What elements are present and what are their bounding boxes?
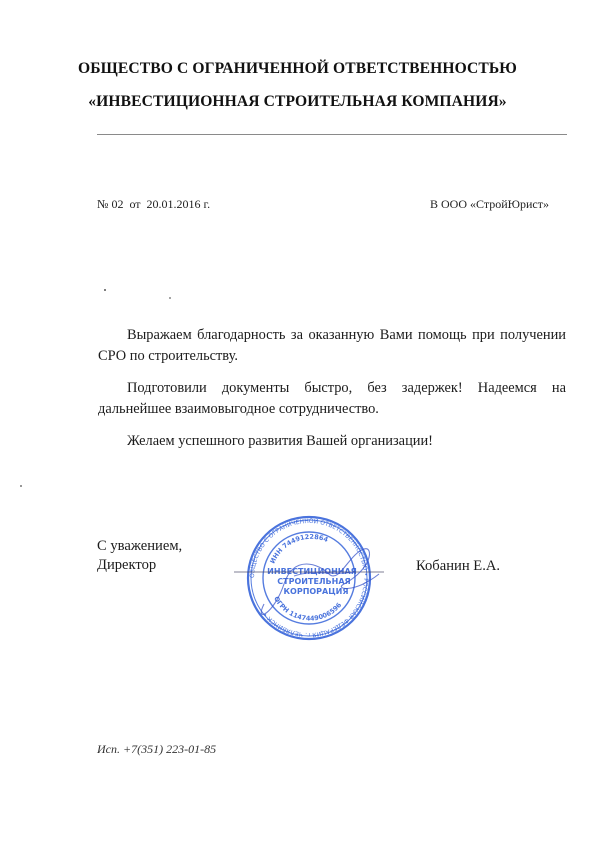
executor-phone: Исп. +7(351) 223-01-85 (97, 742, 216, 757)
svg-text:СТРОИТЕЛЬНАЯ: СТРОИТЕЛЬНАЯ (277, 577, 350, 586)
letter-page: ОБЩЕСТВО С ОГРАНИЧЕННОЙ ОТВЕТСТВЕННОСТЬЮ… (0, 0, 595, 841)
scan-speck (20, 485, 22, 487)
signer-position: Директор (97, 556, 156, 575)
letterhead-divider (97, 134, 567, 135)
body-paragraph-1: Выражаем благодарность за оказанную Вами… (98, 325, 566, 367)
body-paragraph-2: Подготовили документы быстро, без задерж… (98, 378, 566, 420)
scan-speck (169, 297, 171, 299)
company-stamp-icon: ОБЩЕСТВО С ОГРАНИЧЕННОЙ ОТВЕТСТВЕННОСТЬЮ… (234, 514, 384, 642)
addressee: В ООО «СтройЮрист» (430, 197, 549, 212)
letter-number-date: № 02 от 20.01.2016 г. (97, 197, 210, 212)
scan-speck (104, 289, 106, 291)
letterhead-line-1: ОБЩЕСТВО С ОГРАНИЧЕННОЙ ОТВЕТСТВЕННОСТЬЮ (0, 60, 595, 78)
svg-text:ИНН 7449122864: ИНН 7449122864 (268, 533, 329, 565)
svg-text:КОРПОРАЦИЯ: КОРПОРАЦИЯ (283, 587, 348, 596)
svg-text:ОГРН 1147449006596: ОГРН 1147449006596 (272, 595, 343, 623)
body-paragraph-3: Желаем успешного развития Вашей организа… (98, 431, 566, 452)
closing: С уважением, (97, 537, 182, 556)
letterhead-line-2: «ИНВЕСТИЦИОННАЯ СТРОИТЕЛЬНАЯ КОМПАНИЯ» (0, 93, 595, 111)
signer-name: Кобанин Е.А. (416, 557, 500, 576)
